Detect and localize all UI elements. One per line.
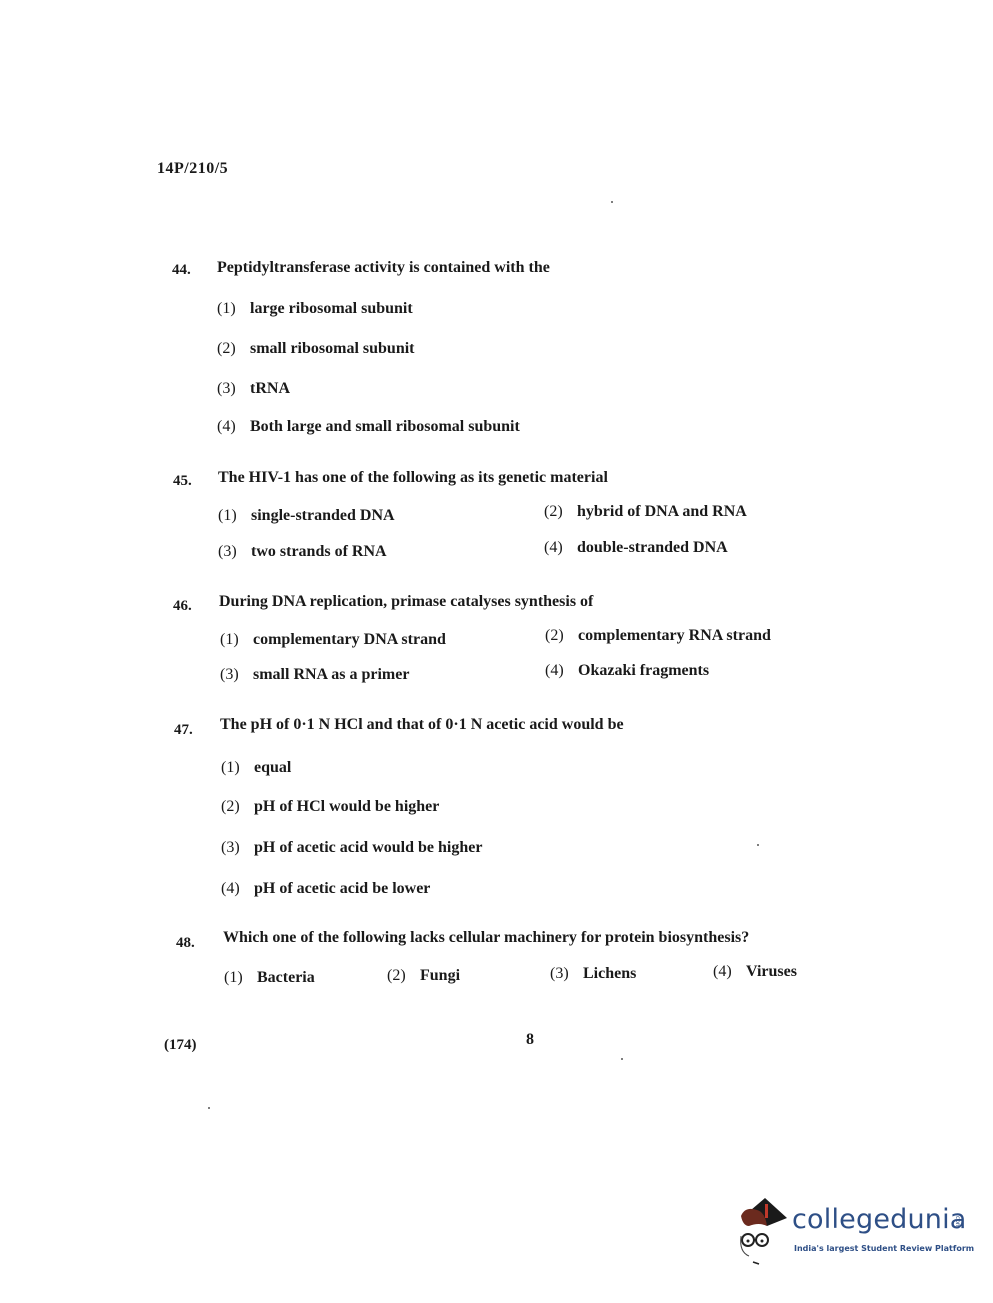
- question-47-option-2: (2)pH of HCl would be higher: [221, 798, 439, 816]
- scan-speck: [757, 844, 759, 846]
- question-47-option-3: (3)pH of acetic acid would be higher: [221, 839, 482, 857]
- question-46-option-4: (4)Okazaki fragments: [545, 662, 709, 680]
- question-46-number: 46.: [173, 598, 192, 615]
- question-46-option-3: (3)small RNA as a primer: [220, 666, 409, 684]
- question-45-text: The HIV-1 has one of the following as it…: [218, 469, 608, 487]
- question-48-option-3: (3)Lichens: [550, 965, 636, 983]
- question-45-option-4: (4)double-stranded DNA: [544, 539, 728, 557]
- question-45-option-1: (1)single-stranded DNA: [218, 507, 395, 525]
- question-48-text: Which one of the following lacks cellula…: [223, 929, 749, 947]
- question-47-option-4: (4)pH of acetic acid be lower: [221, 880, 430, 898]
- question-47-number: 47.: [174, 722, 193, 739]
- question-45-option-3: (3)two strands of RNA: [218, 543, 387, 561]
- set-code: (174): [164, 1037, 197, 1054]
- question-48-option-4: (4)Viruses: [713, 963, 797, 981]
- collegedunia-logo: collegedunia .com India's largest Studen…: [735, 1196, 965, 1268]
- scan-speck: [621, 1058, 623, 1060]
- question-46-text: During DNA replication, primase catalyse…: [219, 593, 593, 611]
- question-44-option-1: (1)large ribosomal subunit: [217, 300, 413, 318]
- student-mascot-icon: [735, 1196, 795, 1268]
- question-44-option-4: (4)Both large and small ribosomal subuni…: [217, 418, 520, 436]
- logo-wordmark: collegedunia: [792, 1204, 967, 1235]
- question-48-option-1: (1)Bacteria: [224, 969, 315, 987]
- question-47-text: The pH of 0·1 N HCl and that of 0·1 N ac…: [220, 716, 624, 734]
- scan-speck: [611, 201, 613, 203]
- question-46-option-1: (1)complementary DNA strand: [220, 631, 446, 649]
- question-44-option-3: (3)tRNA: [217, 380, 290, 398]
- paper-code: 14P/210/5: [157, 160, 228, 178]
- question-44-option-2: (2)small ribosomal subunit: [217, 340, 414, 358]
- question-45-option-2: (2)hybrid of DNA and RNA: [544, 503, 747, 521]
- question-48-option-2: (2)Fungi: [387, 967, 460, 985]
- logo-tagline: India's largest Student Review Platform: [794, 1244, 974, 1253]
- scan-speck: [208, 1107, 210, 1109]
- question-45-number: 45.: [173, 473, 192, 490]
- question-48-number: 48.: [176, 935, 195, 952]
- question-44-text: Peptidyltransferase activity is containe…: [217, 259, 550, 277]
- question-44-number: 44.: [172, 262, 191, 279]
- question-46-option-2: (2)complementary RNA strand: [545, 627, 771, 645]
- page-number: 8: [526, 1031, 534, 1049]
- logo-domain-suffix: .com: [954, 1214, 961, 1229]
- question-47-option-1: (1)equal: [221, 759, 291, 777]
